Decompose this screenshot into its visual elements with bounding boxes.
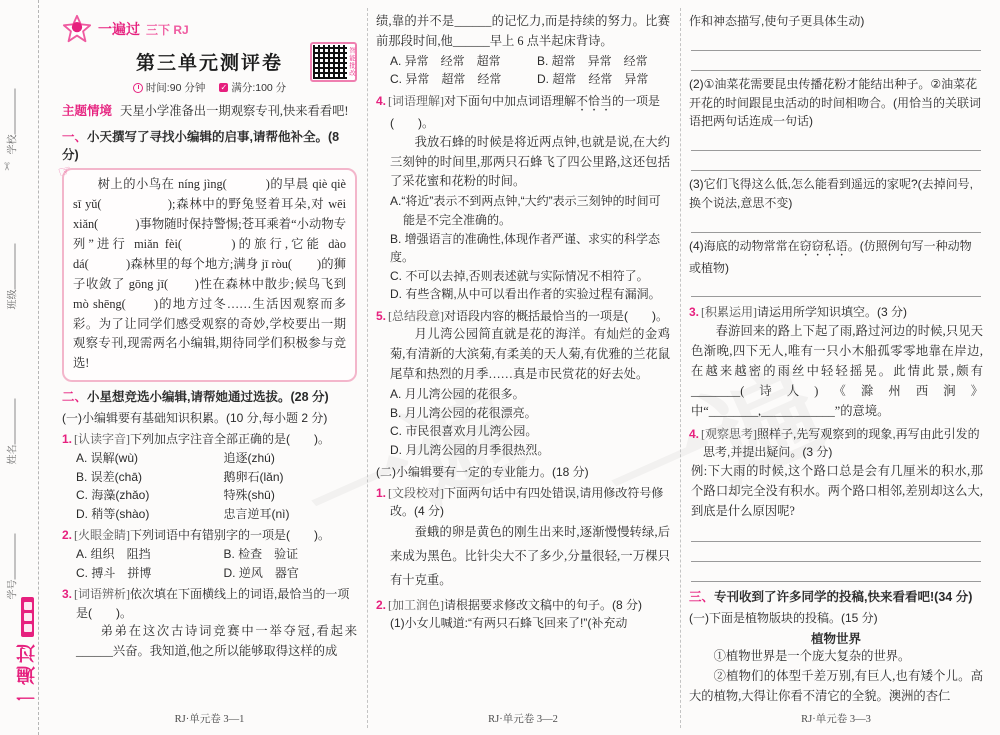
fill-in-line — [8, 399, 16, 445]
fill-in-line — [8, 534, 16, 580]
question-tag: [火眼金睛] — [74, 528, 130, 542]
theme-label: 主题情境 — [62, 104, 112, 118]
option: A. 误解(wù) — [62, 449, 210, 468]
title-row: 第三单元测评卷 智能批改 时间:90 分钟 ✓满分:100 分 — [62, 48, 357, 95]
section-number: 三、 — [689, 590, 714, 604]
brand-name: 一遍过 — [98, 19, 140, 39]
answer-line — [691, 277, 981, 297]
option: B. 超常 异常 经常 — [523, 52, 670, 71]
question-text: 请根据要求修改文稿中的句子。(8 分) — [444, 598, 642, 612]
option: C. 异常 超常 经常 — [376, 70, 523, 89]
options-row: A. 误解(wù)追逐(zhú) — [62, 449, 357, 468]
emphasized-text: 窃窃私语 — [800, 239, 848, 253]
question-3-passage: 弟弟在这次古诗词竞赛中一举夺冠,看起来______兴奋。我知道,他之所以能够取得… — [62, 622, 357, 662]
option: B. 增强语言的准确性,体现作者严谨、求实的科学态度。 — [376, 230, 670, 267]
margin-label-school: 学校 — [4, 141, 19, 155]
option: C. 不可以去掉,否则表述就与实际情况不相符了。 — [376, 267, 670, 286]
question-tag: [词语理解] — [388, 94, 444, 108]
time-meta: 时间:90 分钟 — [133, 80, 206, 95]
page-footer: RJ·单元卷 3—3 — [689, 707, 983, 728]
fill-in-line — [8, 89, 16, 135]
question-1: 1.[认读字音]下列加点字注音全部正确的是( )。 — [62, 430, 357, 449]
answer-line — [691, 562, 981, 582]
options-row: A. 异常 经常 超常B. 超常 异常 经常 — [376, 52, 670, 71]
qr-label: 智能批改 — [347, 45, 355, 79]
margin-label-text: 班级 — [8, 290, 19, 310]
subsection-1: (一)小编辑要有基础知识积累。(10 分,每小题 2 分) — [62, 409, 357, 427]
question-tag: [观察思考] — [701, 427, 757, 441]
question-number: 1. — [62, 432, 72, 446]
question-tag: [认读字音] — [74, 432, 130, 446]
theme-text: 天星小学准备出一期观察专刊,快来看看吧! — [120, 104, 349, 118]
qr-pattern — [313, 45, 347, 79]
question-4-passage: 我放石蜂的时候是将近两点钟,也就是说,在大约三刻钟的时间里,那两只石蜂飞了四公里… — [376, 133, 670, 193]
theme-row: 主题情境天星小学准备出一期观察专刊,快来看看吧! — [62, 102, 357, 122]
question-3c-passage: 春游回来的路上下起了雨,路过河边的时候,只见天色渐晚,四下无人,唯有一只小木船孤… — [689, 322, 983, 422]
margin-label-name: 姓名 — [4, 451, 19, 465]
section-3-heading: 三、专刊收到了许多同学的投稿,快来看看吧!(34 分) — [689, 588, 983, 606]
question-2b-item-1: (1)小女儿喊道:“有两只石蜂飞回来了!”(补充动 — [376, 614, 670, 633]
question-text: 请运用所学知识填空。(3 分) — [757, 305, 907, 319]
column-1: 一遍过 三下 RJ 第三单元测评卷 智能批改 时间:90 分钟 ✓满分:100 … — [54, 8, 367, 728]
question-2b: 2.[加工润色]请根据要求修改文稿中的句子。(8 分) — [376, 596, 670, 615]
option: D. 超常 经常 异常 — [523, 70, 670, 89]
option: C. 海藻(zhǎo) — [62, 486, 210, 505]
fill-in-line — [8, 244, 16, 290]
options-row: C. 海藻(zhǎo)特殊(shū) — [62, 486, 357, 505]
brand-edition: 三下 RJ — [146, 21, 189, 38]
option: D. 有些含糊,从中可以看出作者的实验过程有漏洞。 — [376, 285, 670, 304]
notice-box: ☞ 树上的小鸟在 níng jìng( )的早晨 qiè qiè sī yǔ( … — [62, 168, 357, 382]
section-1-heading: 一、小天撰写了寻找小编辑的启事,请帮他补全。(8 分) — [62, 128, 357, 164]
question-tag: [积累运用] — [701, 305, 757, 319]
question-1b: 1.[文段校对]下面两句话中有四处错误,请用修改符号修改。(4 分) — [376, 484, 670, 521]
question-5-passage: 月儿湾公园简直就是花的海洋。有灿烂的金鸡菊,有清新的大滨菊,有柔美的天人菊,有优… — [376, 325, 670, 385]
question-4c: 4.[观察思考]照样子,先写观察到的现象,再写由此引发的思考,并提出疑问。(3 … — [689, 425, 983, 462]
question-number: 2. — [376, 598, 386, 612]
option: A. 月儿湾公园的花很多。 — [376, 385, 670, 404]
notice-text: 树上的小鸟在 níng jìng( )的早晨 qiè qiè sī yǔ( );… — [73, 175, 346, 374]
question-tag: [加工润色] — [388, 598, 444, 612]
question-tag: [词语辨析] — [74, 587, 130, 601]
margin-label-class: 班级 — [4, 296, 19, 310]
section-title: 小天撰写了寻找小编辑的启事,请帮他补全。(8 分) — [62, 130, 339, 162]
options-row: C. 异常 超常 经常D. 超常 经常 异常 — [376, 70, 670, 89]
answer-line — [691, 151, 981, 171]
answer-line — [691, 212, 981, 232]
section-title: 小星想竞选小编辑,请帮她通过选拔。(28 分) — [87, 390, 329, 404]
question-number: 4. — [376, 94, 386, 108]
test-paper-page: 一遍 一遍 ✂ 学校 班级 姓名 学号 一遍过 一遍过 三下 RJ 第三单元测评 — [0, 0, 1000, 735]
question-number: 2. — [62, 528, 72, 542]
question-5: 5.[总结段意]对语段内容的概括最恰当的一项是( )。 — [376, 307, 670, 326]
question-number: 5. — [376, 309, 386, 323]
qr-code: 智能批改 — [310, 42, 358, 82]
brand-vertical-logo: 一遍过 — [14, 597, 41, 707]
score-text: 满分:100 分 — [231, 80, 286, 95]
subsection-3: (一)下面是植物版块的投稿。(15 分) — [689, 609, 983, 627]
brand-badge — [21, 597, 34, 637]
item-1-continuation: 作和神态描写,使句子更具体生动) — [689, 12, 983, 31]
item-text: (4)海底的动物常常在 — [689, 239, 800, 253]
scissors-icon: ✂ — [0, 162, 13, 171]
question-4: 4.[词语理解]对下面句中加点词语理解不恰当的一项是( )。 — [376, 92, 670, 133]
question-text: 对下面句中加点词语理解 — [444, 94, 576, 108]
answer-line — [691, 30, 981, 50]
item-3: (3)它们飞得这么低,怎么能看到遥远的家呢?(去掉问号,换个说法,意思不变) — [689, 175, 983, 212]
essay-paragraph-2: ②植物们的体型千差万别,有巨人,也有矮个儿。高大的植物,大得让你看不清它的全貌。… — [689, 667, 983, 707]
meta-row: 时间:90 分钟 ✓满分:100 分 — [62, 80, 357, 95]
check-icon: ✓ — [219, 83, 228, 92]
answer-line — [691, 51, 981, 71]
column-2: 绩,靠的并不是______的记忆力,而是持续的努力。比赛前那段时间,他_____… — [367, 8, 680, 728]
option: 忠言逆耳(nì) — [210, 505, 358, 524]
options-row: B. 误差(chā)鹅卵石(lǎn) — [62, 468, 357, 487]
answer-line — [691, 131, 981, 151]
option: 特殊(shū) — [210, 486, 358, 505]
essay-paragraph-1: ①植物世界是一个庞大复杂的世界。 — [689, 647, 983, 667]
question-3c: 3.[积累运用]请运用所学知识填空。(3 分) — [689, 303, 983, 322]
option: B. 误差(chā) — [62, 468, 210, 487]
option: 鹅卵石(lǎn) — [210, 468, 358, 487]
star-logo-icon — [62, 14, 92, 44]
option: 追逐(zhú) — [210, 449, 358, 468]
brand-row: 一遍过 三下 RJ — [62, 14, 357, 44]
item-4: (4)海底的动物常常在窃窃私语。(仿照例句写一种动物或植物) — [689, 237, 983, 278]
section-number: 一、 — [62, 130, 87, 144]
question-3-continuation: 绩,靠的并不是______的记忆力,而是持续的努力。比赛前那段时间,他_____… — [376, 12, 670, 52]
proofreading-passage: 蚕蛾的卵是黄色的刚生出来时,逐渐慢慢转绿,后来成为黑色。比针尖大不了多少,分量很… — [376, 521, 670, 593]
question-3: 3.[词语辨析]依次填在下面横线上的词语,最恰当的一项是( )。 — [62, 585, 357, 622]
question-text: 对语段内容的概括最恰当的一项是( )。 — [444, 309, 668, 323]
option: B. 月儿湾公园的花很漂亮。 — [376, 404, 670, 423]
option: D. 月儿湾公园的月季很热烈。 — [376, 441, 670, 460]
binding-margin: ✂ 学校 班级 姓名 学号 一遍过 — [0, 0, 54, 735]
question-text: 下列加点字注音全部正确的是( )。 — [130, 432, 330, 446]
question-number: 3. — [689, 305, 699, 319]
score-meta: ✓满分:100 分 — [219, 80, 286, 95]
answer-line — [691, 542, 981, 562]
emphasized-text: 不恰当 — [576, 94, 612, 108]
section-title: 专刊收到了许多同学的投稿,快来看看吧!(34 分) — [714, 590, 972, 604]
question-number: 4. — [689, 427, 699, 441]
column-3: 作和神态描写,使句子更具体生动) (2)①油菜花需要昆虫传播花粉才能结出种子。②… — [680, 8, 993, 728]
question-text: 下列词语中有错别字的一项是( )。 — [130, 528, 330, 542]
margin-label-text: 姓名 — [8, 445, 19, 465]
time-text: 时间:90 分钟 — [146, 80, 206, 95]
subsection-2: (二)小编辑要有一定的专业能力。(18 分) — [376, 463, 670, 481]
option: C. 搏斗 拼博 — [62, 564, 210, 583]
section-2-heading: 二、小星想竞选小编辑,请帮她通过选拔。(28 分) — [62, 388, 357, 406]
question-number: 3. — [62, 587, 72, 601]
question-tag: [文段校对] — [388, 486, 444, 500]
option: D. 稍等(shào) — [62, 505, 210, 524]
page-footer: RJ·单元卷 3—2 — [376, 707, 670, 728]
item-2: (2)①油菜花需要昆虫传播花粉才能结出种子。②油菜花开花的时间跟昆虫活动的时间相… — [689, 75, 983, 131]
essay-title: 植物世界 — [689, 629, 983, 647]
option: A.“将近”表示不到两点钟,“大约”表示三刻钟的时间可能是不完全准确的。 — [376, 192, 670, 229]
question-4c-example: 例:下大雨的时候,这个路口总是会有几厘米的积水,那个路口却完全没有积水。两个路口… — [689, 462, 983, 522]
brand-vertical-text: 一遍过 — [14, 641, 41, 707]
option: A. 异常 经常 超常 — [376, 52, 523, 71]
question-number: 1. — [376, 486, 386, 500]
option: B. 检查 验证 — [210, 545, 358, 564]
clock-icon — [133, 83, 143, 93]
page-footer: RJ·单元卷 3—1 — [62, 707, 357, 728]
answer-line — [691, 521, 981, 541]
option: A. 组织 阻挡 — [62, 545, 210, 564]
option: D. 逆风 器官 — [210, 564, 358, 583]
question-tag: [总结段意] — [388, 309, 444, 323]
section-number: 二、 — [62, 390, 87, 404]
options-row: C. 搏斗 拼博D. 逆风 器官 — [62, 564, 357, 583]
option: C. 市民很喜欢月儿湾公园。 — [376, 422, 670, 441]
question-2: 2.[火眼金睛]下列词语中有错别字的一项是( )。 — [62, 526, 357, 545]
margin-label-text: 学校 — [8, 135, 19, 155]
options-row: A. 组织 阻挡B. 检查 验证 — [62, 545, 357, 564]
options-row: D. 稍等(shào)忠言逆耳(nì) — [62, 505, 357, 524]
